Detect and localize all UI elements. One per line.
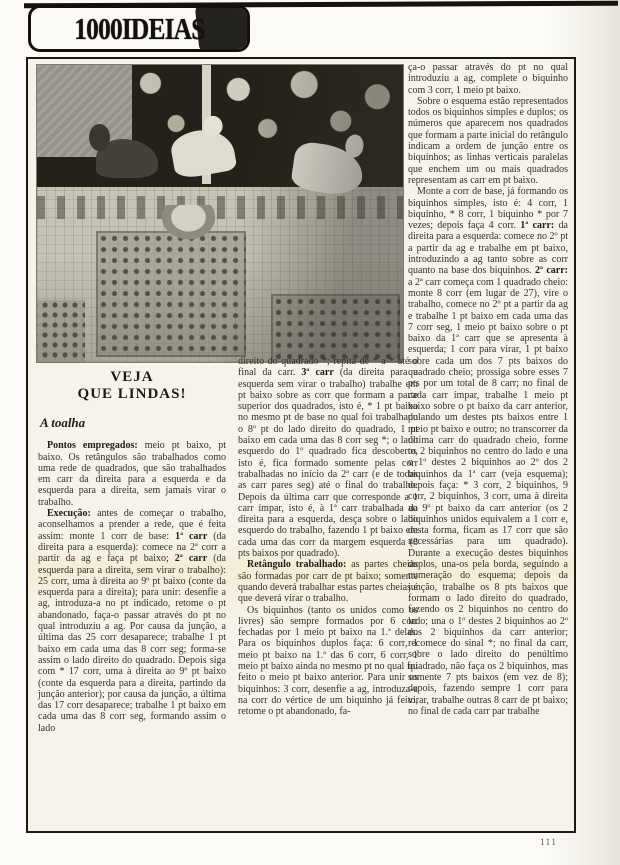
magazine-logo: 1000IDEIAS (28, 5, 250, 52)
photo-shading (37, 65, 403, 362)
paragraph: Os biquinhos (tanto os unidos como os li… (238, 605, 418, 718)
left-column: VEJA QUE LINDAS! A toalha Pontos emprega… (38, 365, 226, 823)
right-column: ça-o passar através do pt no qual introd… (408, 62, 568, 824)
article-headline: VEJA QUE LINDAS! (38, 369, 226, 403)
paragraph: ça-o passar através do pt no qual introd… (408, 62, 568, 96)
page-number: 111 (540, 837, 557, 847)
middle-column-text: direito do quadrado *; repita de * a * a… (238, 356, 418, 718)
section-title: A toalha (40, 417, 226, 428)
headline-line: QUE LINDAS! (38, 386, 226, 403)
paragraph: direito do quadrado *; repita de * a * a… (238, 356, 418, 559)
paragraph: Execução: antes de começar o trabalho, a… (38, 508, 226, 734)
middle-column: direito do quadrado *; repita de * a * a… (238, 356, 418, 824)
paragraph: Monte a corr de base, já formando os biq… (408, 186, 568, 717)
headline-line: VEJA (38, 369, 226, 386)
paragraph: Sobre o esquema estão representados todo… (408, 96, 568, 186)
paragraph: Pontos empregados: meio pt baixo, pt bai… (38, 440, 226, 508)
paragraph: Retângulo trabalhado: as partes cheias s… (238, 559, 418, 604)
article-box: VEJA QUE LINDAS! A toalha Pontos emprega… (26, 57, 576, 833)
right-column-text: ça-o passar através do pt no qual introd… (408, 62, 568, 717)
tablecloth-photo (36, 64, 404, 363)
left-column-text: Pontos empregados: meio pt baixo, pt bai… (38, 440, 226, 734)
magazine-logo-title: 1000IDEIAS (74, 11, 204, 47)
magazine-page: { "logo": { "title": "1000IDEIAS" }, "pa… (0, 0, 620, 865)
